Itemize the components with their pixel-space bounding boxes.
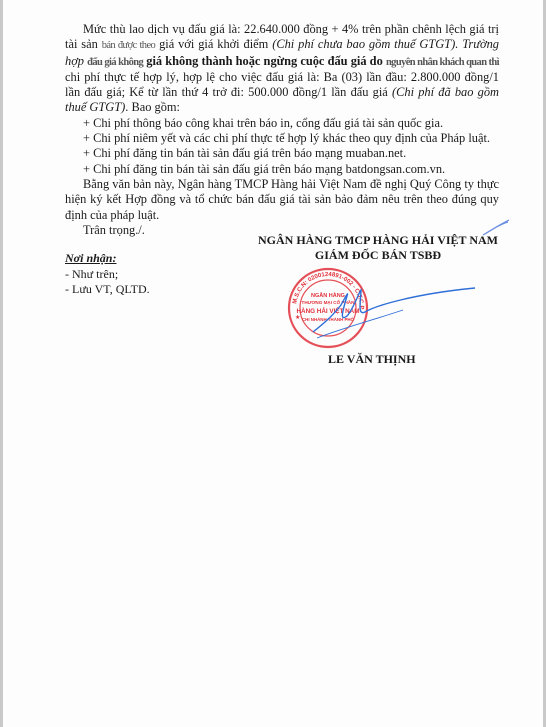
recipient-item: - Như trên; (65, 267, 150, 283)
obscured-text: nguyên nhân khách quan thì (386, 57, 499, 68)
fee-paragraph: Mức thù lao dịch vụ đấu giá là: 22.640.0… (65, 22, 499, 116)
handwritten-signature (303, 270, 478, 350)
signer-organization: NGÂN HÀNG TMCP HÀNG HẢI VIỆT NAM (253, 233, 503, 248)
recipients-heading: Nơi nhận: (65, 251, 150, 267)
obscured-text: bán được theo (102, 40, 155, 51)
letter-body: Mức thù lao dịch vụ đấu giá là: 22.640.0… (65, 22, 499, 238)
recipients-block: Nơi nhận: - Như trên; - Lưu VT, QLTD. (65, 251, 150, 298)
fee-text: giá với giá khởi điểm (155, 37, 272, 51)
signature-block: NGÂN HÀNG TMCP HÀNG HẢI VIỆT NAM GIÁM ĐỐ… (253, 233, 503, 263)
recipient-item: - Lưu VT, QLTD. (65, 282, 150, 298)
pen-stroke-icon (481, 218, 511, 238)
document-page: Mức thù lao dịch vụ đấu giá là: 22.640.0… (0, 0, 546, 727)
signer-title: GIÁM ĐỐC BÁN TSBĐ (253, 248, 503, 263)
bullet-item: + Chi phí thông báo công khai trên báo i… (65, 116, 499, 131)
closing-paragraph: Bằng văn bản này, Ngân hàng TMCP Hàng hả… (65, 177, 499, 223)
bullet-item: + Chi phí đăng tin bán tài sản đấu giá t… (65, 146, 499, 161)
fee-bold-text: giá không thành hoặc ngừng cuộc đấu giá … (143, 54, 386, 68)
fee-includes: . Bao gồm: (125, 100, 180, 114)
signer-name: LE VĂN THỊNH (328, 352, 416, 367)
obscured-text: đấu giá không (87, 57, 143, 68)
svg-text:★: ★ (295, 314, 300, 321)
bullet-item: + Chi phí đăng tin bán tài sản đấu giá t… (65, 162, 499, 177)
bullet-item: + Chi phí niêm yết và các chi phí thực t… (65, 131, 499, 146)
